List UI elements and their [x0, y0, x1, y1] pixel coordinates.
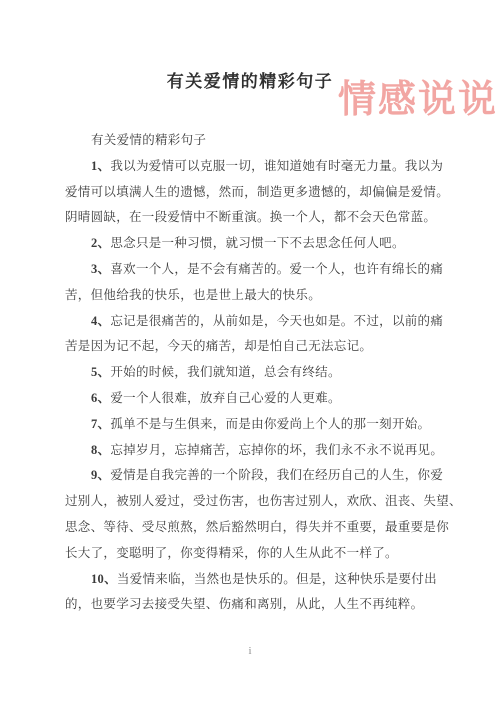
list-number: 7、: [91, 417, 110, 431]
line-text: 阴晴圆缺，在一段爱情中不断重演。换一个人，都不会天色常蓝。: [65, 210, 436, 224]
list-number: 8、: [91, 443, 110, 457]
list-number: 2、: [91, 236, 110, 250]
list-number: 1、: [91, 159, 110, 173]
line-text: 忘掉岁月，忘掉痛苦，忘掉你的坏，我们永不永不说再见。: [110, 443, 443, 457]
text-line: 长大了，变聪明了，你变得精采，你的人生从此不一样了。: [65, 541, 450, 567]
line-text: 爱情可以填满人生的遗憾，然而，制造更多遗憾的，却偏偏是爱情。: [65, 185, 449, 199]
text-line: 苦是因为记不起，今天的痛苦，却是怕自己无法忘记。: [65, 334, 450, 360]
line-text: 忘记是很痛苦的，从前如是，今天也如是。不过，以前的痛: [110, 314, 443, 328]
list-number: 3、: [91, 262, 110, 276]
line-text: 过别人，被别人爱过，受过伤害，也伤害过别人，欢欣、沮丧、失望、: [65, 494, 462, 508]
line-text: 开始的时候，我们就知道，总会有终结。: [110, 365, 340, 379]
text-line: 3、喜欢一个人，是不会有痛苦的。爱一个人，也许有绵长的痛: [65, 257, 450, 283]
line-text: 爱情是自我完善的一个阶段，我们在经历自己的人生，你爱: [110, 468, 443, 482]
text-line: 8、忘掉岁月，忘掉痛苦，忘掉你的坏，我们永不永不说再见。: [65, 438, 450, 464]
watermark-logo: 情感说说: [338, 80, 498, 120]
line-text: 苦是因为记不起，今天的痛苦，却是怕自己无法忘记。: [65, 339, 372, 353]
text-line: 4、忘记是很痛苦的，从前如是，今天也如是。不过，以前的痛: [65, 309, 450, 335]
text-line: 过别人，被别人爱过，受过伤害，也伤害过别人，欢欣、沮丧、失望、: [65, 489, 450, 515]
text-line: 思念、等待、受尽煎熬，然后豁然明白，得失并不重要，最重要是你: [65, 515, 450, 541]
list-number: 4、: [91, 314, 110, 328]
line-text: 喜欢一个人，是不会有痛苦的。爱一个人，也许有绵长的痛: [110, 262, 443, 276]
list-number: 5、: [91, 365, 110, 379]
text-line: 1、我以为爱情可以克服一切，谁知道她有时毫无力量。我以为: [65, 154, 450, 180]
document-page: 有关爱情的精彩句子 情感说说 有关爱情的精彩句子1、我以为爱情可以克服一切，谁知…: [0, 0, 500, 708]
text-line: 有关爱情的精彩句子: [65, 128, 450, 154]
text-line: 9、爱情是自我完善的一个阶段，我们在经历自己的人生，你爱: [65, 463, 450, 489]
text-line: 5、开始的时候，我们就知道，总会有终结。: [65, 360, 450, 386]
text-line: 6、爱一个人很难，放弃自己心爱的人更难。: [65, 386, 450, 412]
text-line: 爱情可以填满人生的遗憾，然而，制造更多遗憾的，却偏偏是爱情。: [65, 180, 450, 206]
line-text: 苦，但他给我的快乐，也是世上最大的快乐。: [65, 288, 321, 302]
footer-page-number: i: [0, 643, 500, 659]
text-line: 2、思念只是一种习惯，就习惯一下不去思念任何人吧。: [65, 231, 450, 257]
line-text: 长大了，变聪明了，你变得精采，你的人生从此不一样了。: [65, 546, 398, 560]
list-number: 10、: [91, 572, 117, 586]
line-text: 我以为爱情可以克服一切，谁知道她有时毫无力量。我以为: [110, 159, 443, 173]
line-text: 有关爱情的精彩句子: [91, 133, 206, 147]
line-text: 孤单不是与生俱来，而是由你爱尚上个人的那一刻开始。: [110, 417, 430, 431]
line-text: 思念只是一种习惯，就习惯一下不去思念任何人吧。: [110, 236, 404, 250]
text-line: 10、当爱情来临，当然也是快乐的。但是，这种快乐是要付出: [65, 567, 450, 593]
text-line: 阴晴圆缺，在一段爱情中不断重演。换一个人，都不会天色常蓝。: [65, 205, 450, 231]
line-text: 思念、等待、受尽煎熬，然后豁然明白，得失并不重要，最重要是你: [65, 520, 449, 534]
document-body: 有关爱情的精彩句子1、我以为爱情可以克服一切，谁知道她有时毫无力量。我以为爱情可…: [65, 128, 450, 618]
line-text: 爱一个人很难，放弃自己心爱的人更难。: [110, 391, 340, 405]
text-line: 苦，但他给我的快乐，也是世上最大的快乐。: [65, 283, 450, 309]
line-text: 当爱情来临，当然也是快乐的。但是，这种快乐是要付出: [117, 572, 437, 586]
text-line: 的，也要学习去接受失望、伤痛和离别，从此，人生不再纯粹。: [65, 592, 450, 618]
list-number: 6、: [91, 391, 110, 405]
line-text: 的，也要学习去接受失望、伤痛和离别，从此，人生不再纯粹。: [65, 597, 423, 611]
text-line: 7、孤单不是与生俱来，而是由你爱尚上个人的那一刻开始。: [65, 412, 450, 438]
list-number: 9、: [91, 468, 110, 482]
